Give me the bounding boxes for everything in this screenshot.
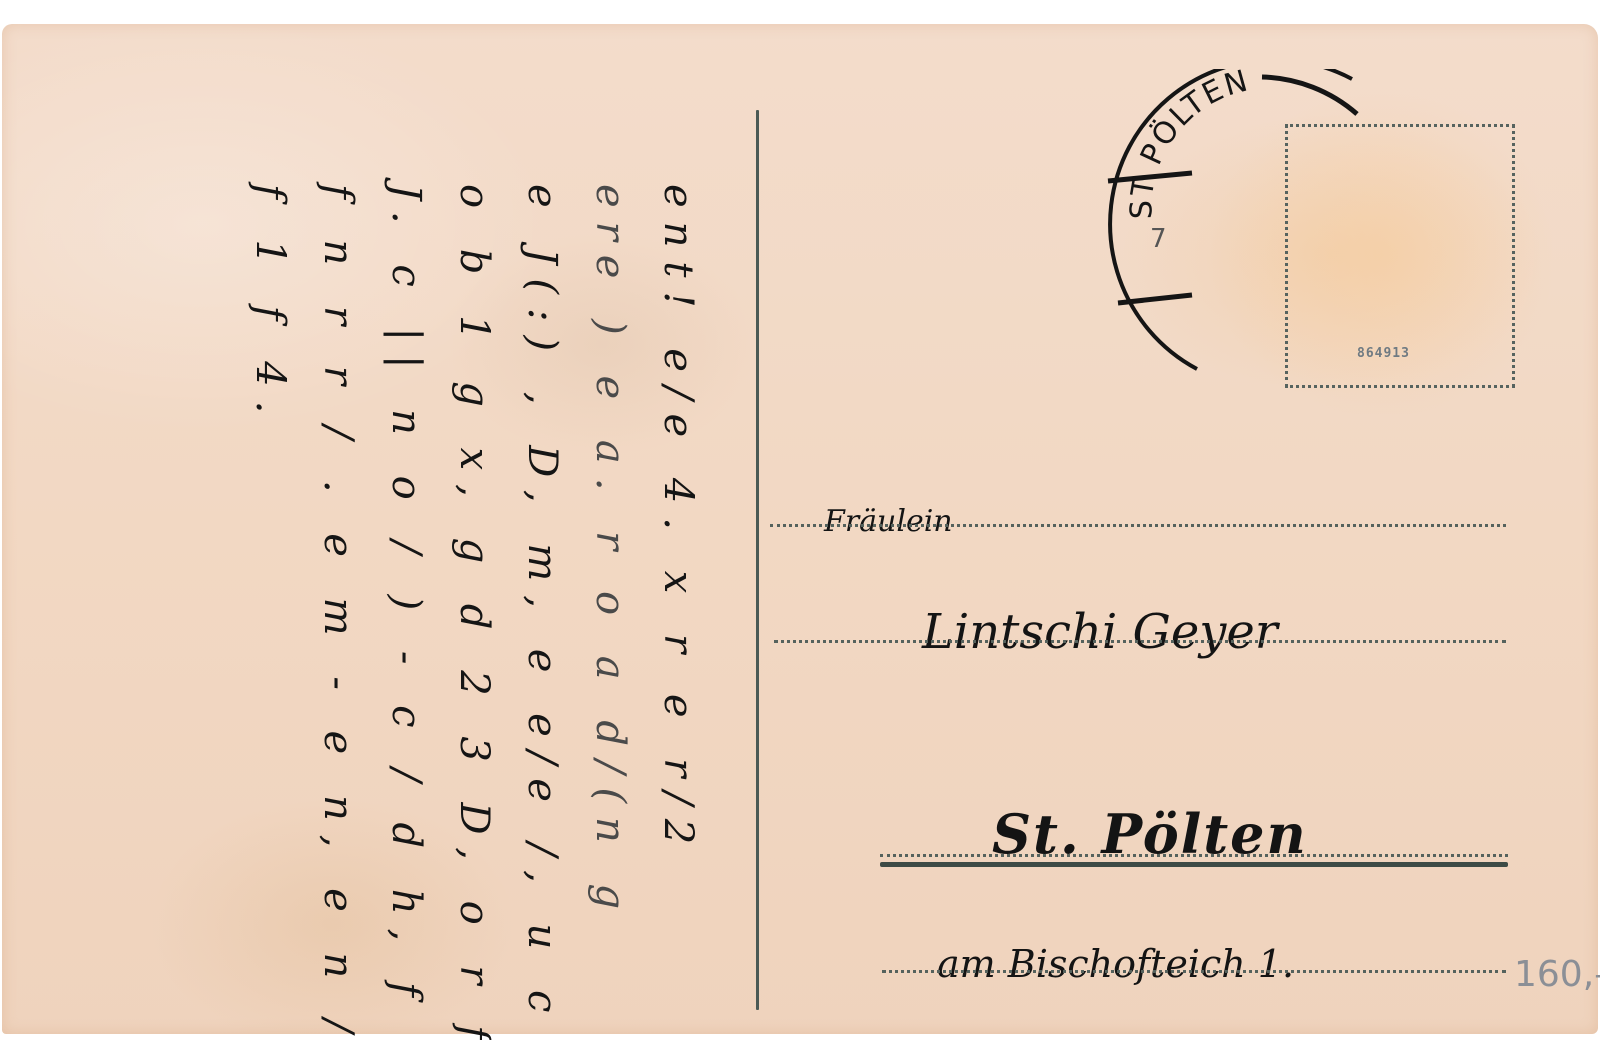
svg-text:ST PÖLTEN: ST PÖLTEN (1124, 69, 1253, 219)
shorthand-message: ent! e/e 4. x r e r/2 ere ) e a. r o a d… (72, 184, 692, 964)
address-rule (882, 970, 1506, 973)
recipient-name: Lintschi Geyer (922, 604, 1278, 660)
postmark-icon: ST PÖLTEN 7 (1102, 69, 1432, 379)
salutation: Fräulein (824, 504, 953, 539)
street-address: am Bischofteich 1. (937, 942, 1294, 986)
address-rule (774, 640, 1506, 643)
city-underline (880, 862, 1508, 867)
message-line: o b 1 g x, g d 2 3 D, o r f, c e 2 e (440, 184, 508, 964)
message-line: ent! e/e 4. x r e r/2 (644, 184, 712, 964)
address-rule (880, 854, 1508, 857)
message-line: e J(:) , D, m, e e/e /, u c n (508, 184, 576, 964)
signature: f 1 f 4. (236, 184, 304, 964)
address-rule (770, 524, 1506, 527)
message-line: f n r r / . e m - e n, e n / e / 2. (304, 184, 372, 964)
message-line: J. c || n o / ) - c / d h, f ~ h h ~. (372, 184, 440, 964)
center-divider-line (756, 110, 759, 1010)
postcard: ent! e/e 4. x r e r/2 ere ) e a. r o a d… (2, 24, 1598, 1034)
svg-text:7: 7 (1150, 224, 1167, 254)
message-line: ere ) e a. r o a d/(n g (576, 184, 644, 964)
pencil-price: 160,– (1514, 954, 1600, 995)
